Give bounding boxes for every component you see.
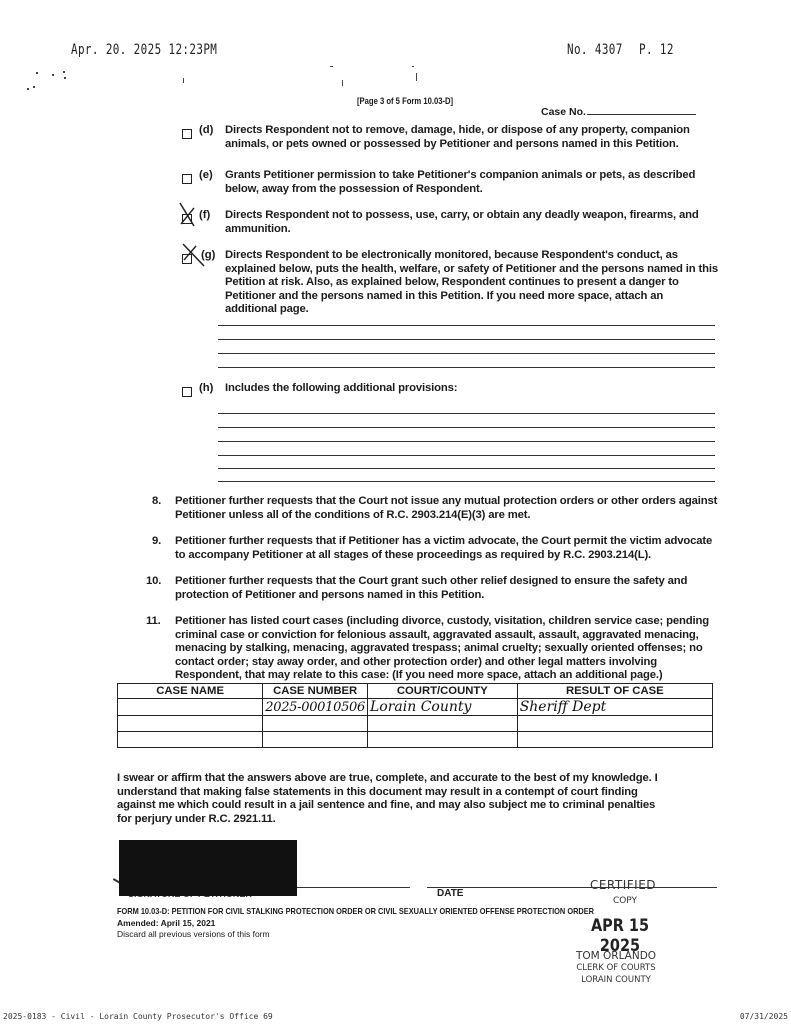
provision-h-text: Includes the following additional provis… bbox=[225, 382, 457, 396]
result-of-case-cell[interactable]: Sheriff Dept bbox=[517, 699, 712, 716]
table-row bbox=[118, 716, 713, 732]
provision-f bbox=[182, 211, 192, 229]
scan-speck bbox=[412, 66, 414, 67]
case-number-cell[interactable]: 2025-00010506 bbox=[263, 699, 368, 716]
provision-d-text: Directs Respondent not to remove, damage… bbox=[225, 124, 690, 151]
item-9-text: Petitioner further requests that if Peti… bbox=[175, 535, 712, 562]
provision-letter-g: (g) bbox=[201, 249, 215, 261]
court-cases-table: CASE NAME CASE NUMBER COURT/COUNTY RESUL… bbox=[117, 683, 713, 748]
fax-timestamp: Apr. 20. 2025 12:23PM bbox=[71, 42, 217, 58]
redaction-block bbox=[119, 840, 297, 896]
stamp-clerk-name: TOM ORLANDO bbox=[560, 950, 672, 962]
item-8-number: 8. bbox=[152, 495, 161, 509]
scan-speck bbox=[27, 88, 29, 90]
item-11-text: Petitioner has listed court cases (inclu… bbox=[175, 615, 709, 683]
case-name-cell[interactable] bbox=[118, 699, 263, 716]
writing-line[interactable] bbox=[218, 339, 715, 340]
writing-line[interactable] bbox=[218, 441, 715, 442]
item-10-text: Petitioner further requests that the Cou… bbox=[175, 575, 687, 602]
scan-speck bbox=[342, 80, 343, 86]
column-header-result-of-case: RESULT OF CASE bbox=[517, 684, 712, 699]
form-amended: Amended: April 15, 2021 bbox=[117, 918, 215, 928]
scan-speck bbox=[33, 86, 35, 88]
checkmark-x-icon bbox=[178, 202, 198, 227]
court-county-cell[interactable] bbox=[368, 732, 518, 748]
writing-line[interactable] bbox=[218, 325, 715, 326]
checkbox-e[interactable] bbox=[182, 174, 192, 184]
case-no-label: Case No. bbox=[541, 106, 586, 118]
scan-speck bbox=[330, 66, 333, 67]
document-footer-id: 2025-0183 - Civil - Lorain County Prosec… bbox=[3, 1012, 273, 1021]
scan-speck bbox=[64, 77, 66, 79]
case-name-cell[interactable] bbox=[118, 732, 263, 748]
provision-e bbox=[182, 171, 192, 189]
provision-d bbox=[182, 126, 192, 144]
writing-line[interactable] bbox=[218, 455, 715, 456]
stamp-county: LORAIN COUNTY bbox=[560, 975, 672, 985]
certified-stamp-text: CERTIFIED bbox=[568, 878, 678, 892]
court-county-cell[interactable] bbox=[368, 716, 518, 732]
document-footer-date: 07/31/2025 bbox=[740, 1012, 788, 1021]
column-header-case-number: CASE NUMBER bbox=[263, 684, 368, 699]
scan-speck bbox=[63, 71, 65, 73]
fax-number: No. 4307 bbox=[567, 42, 623, 58]
provision-letter-e: (e) bbox=[199, 169, 213, 181]
writing-line[interactable] bbox=[218, 413, 715, 414]
table-row: 2025-00010506 Lorain County Sheriff Dept bbox=[118, 699, 713, 716]
scan-speck bbox=[52, 74, 54, 76]
fax-page: P. 12 bbox=[639, 42, 674, 58]
affirmation-statement: I swear or affirm that the answers above… bbox=[117, 772, 658, 826]
provision-letter-d: (d) bbox=[199, 124, 213, 136]
item-8-text: Petitioner further requests that the Cou… bbox=[175, 495, 717, 522]
checkbox-d[interactable] bbox=[182, 129, 192, 139]
writing-line[interactable] bbox=[218, 468, 715, 469]
provision-f-text: Directs Respondent not to possess, use, … bbox=[225, 209, 699, 236]
result-of-case-cell[interactable] bbox=[517, 732, 712, 748]
scan-speck bbox=[416, 73, 417, 81]
writing-line[interactable] bbox=[218, 353, 715, 354]
case-number-cell[interactable] bbox=[263, 716, 368, 732]
provision-h bbox=[182, 384, 192, 402]
date-label: DATE bbox=[437, 888, 463, 899]
scan-speck bbox=[36, 72, 38, 74]
form-title: FORM 10.03-D: PETITION FOR CIVIL STALKIN… bbox=[117, 906, 594, 916]
provision-g-text: Directs Respondent to be electronically … bbox=[225, 249, 718, 317]
table-header-row: CASE NAME CASE NUMBER COURT/COUNTY RESUL… bbox=[118, 684, 713, 699]
copy-stamp-text: COPY bbox=[600, 896, 650, 906]
column-header-court-county: COURT/COUNTY bbox=[368, 684, 518, 699]
table-row bbox=[118, 732, 713, 748]
checkbox-h[interactable] bbox=[182, 387, 192, 397]
stamp-clerk-title: CLERK OF COURTS bbox=[560, 963, 672, 973]
result-of-case-cell[interactable] bbox=[517, 716, 712, 732]
provision-g bbox=[182, 251, 192, 269]
writing-line[interactable] bbox=[218, 481, 715, 482]
provision-letter-f: (f) bbox=[199, 209, 210, 221]
item-9-number: 9. bbox=[152, 535, 161, 549]
writing-line[interactable] bbox=[218, 367, 715, 368]
writing-line[interactable] bbox=[218, 427, 715, 428]
case-number-cell[interactable] bbox=[263, 732, 368, 748]
page-indicator: [Page 3 of 5 Form 10.03-D] bbox=[357, 96, 453, 106]
scan-speck bbox=[183, 78, 184, 83]
case-name-cell[interactable] bbox=[118, 716, 263, 732]
provision-e-text: Grants Petitioner permission to take Pet… bbox=[225, 169, 695, 196]
provision-letter-h: (h) bbox=[199, 382, 213, 394]
court-county-cell[interactable]: Lorain County bbox=[368, 699, 518, 716]
case-no-blank bbox=[587, 114, 696, 115]
item-11-number: 11. bbox=[146, 615, 161, 629]
case-no-field: Case No. bbox=[541, 106, 696, 118]
column-header-case-name: CASE NAME bbox=[118, 684, 263, 699]
form-discard-note: Discard all previous versions of this fo… bbox=[117, 929, 270, 939]
item-10-number: 10. bbox=[146, 575, 161, 589]
